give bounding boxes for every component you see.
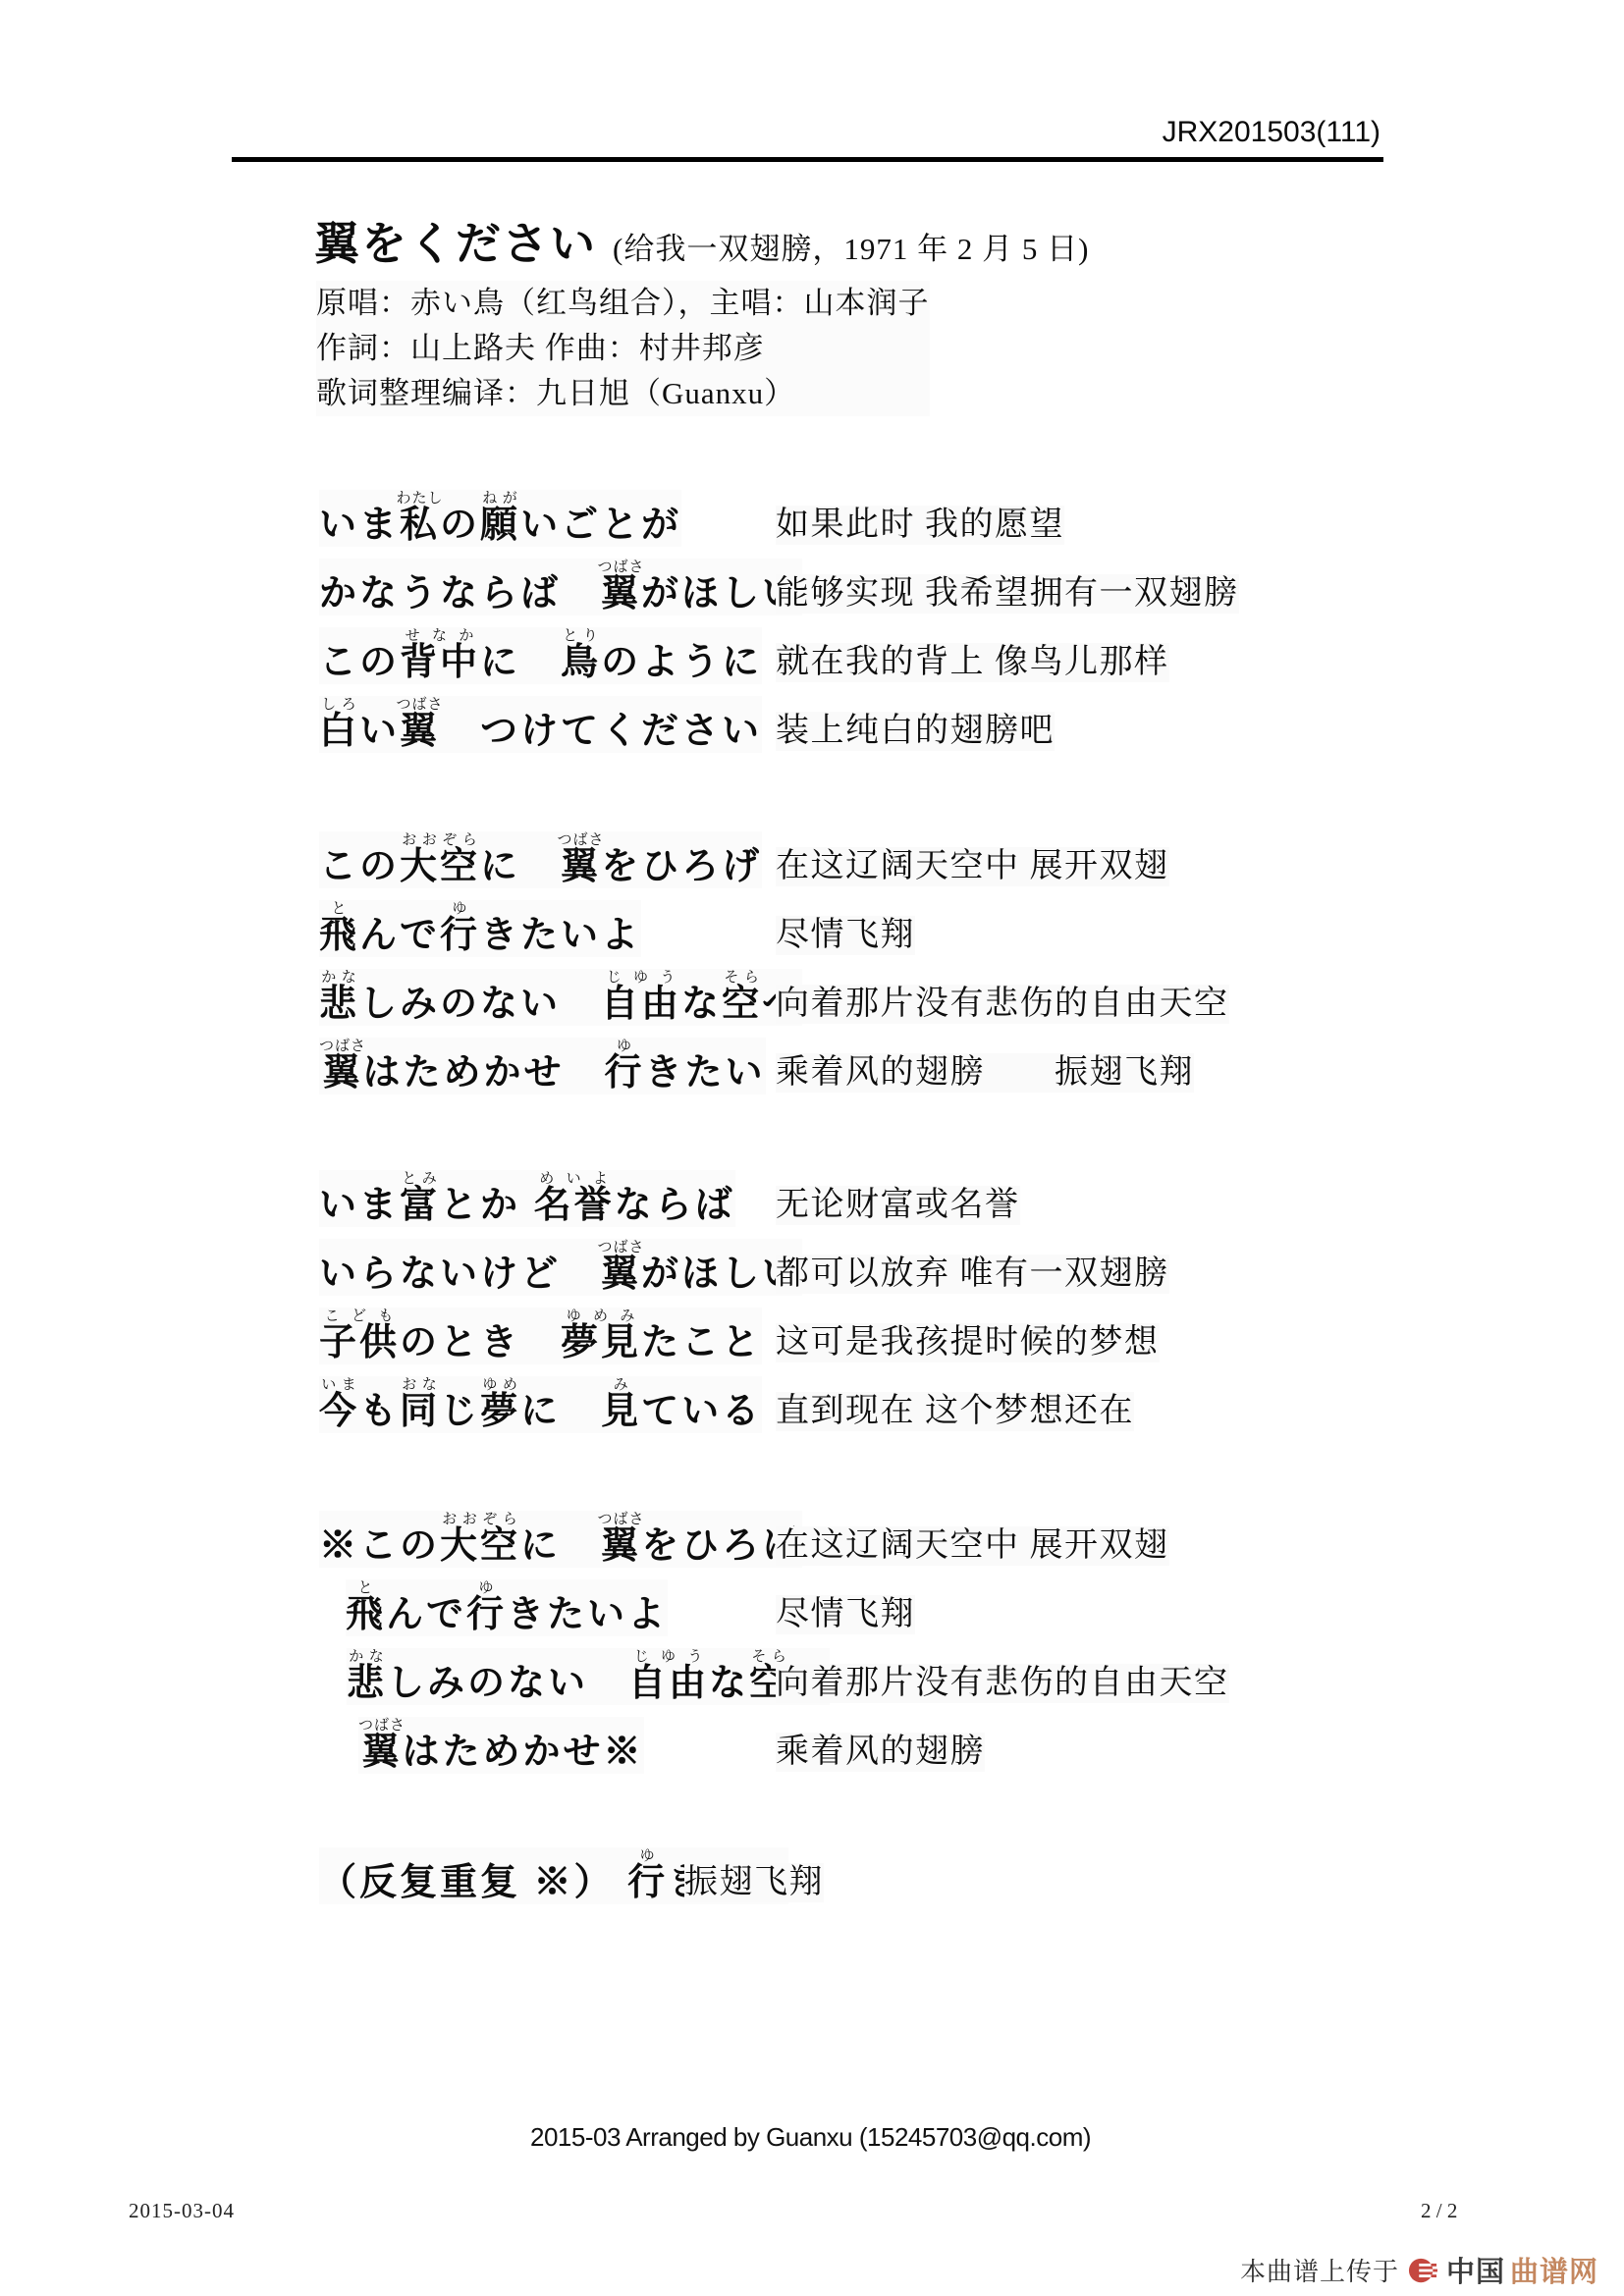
furigana: つばさ — [598, 1239, 645, 1255]
lyric-translation: 都可以放弃 唯有一双翅膀 — [776, 1255, 1169, 1294]
furigana: ゆめ — [480, 1376, 520, 1393]
lyric-translation: 在这辽阔天空中 展开双翅 — [776, 1526, 1169, 1566]
lyric-segment: いごとが — [520, 505, 681, 546]
lyric-japanese: 悲かなしみのない 自由じゆうな空そらへ — [347, 1648, 830, 1705]
lyric-segment: 大空おおぞら — [400, 846, 480, 887]
furigana: み — [601, 1376, 641, 1393]
lyric-segment: いま — [319, 505, 400, 546]
lyric-translation: 乘着风的翅膀 — [776, 1733, 985, 1772]
lyric-translation: 向着那片没有悲伤的自由天空 — [776, 985, 1229, 1024]
furigana: つばさ — [397, 696, 444, 713]
lyric-segment: も — [359, 1391, 400, 1432]
lyric-segment: 翼つばさ — [319, 1052, 363, 1094]
lyric-segment: に — [520, 1391, 601, 1432]
lyric-translation: 向着那片没有悲伤的自由天空 — [776, 1664, 1229, 1703]
lyric-segment: 夢見ゆめみ — [561, 1322, 641, 1363]
lyric-segment: じ — [440, 1391, 480, 1432]
furigana: ゆめみ — [561, 1308, 641, 1324]
lyric-row: いま私わたしの願ねがいごとが如果此时 我的愿望 — [0, 490, 1624, 559]
lyric-segment: 翼つばさ — [601, 1525, 641, 1567]
lyric-row: 悲かなしみのない 自由じゆうな空そらへ向着那片没有悲伤的自由天空 — [0, 969, 1624, 1038]
lyric-segment: 飛と — [319, 915, 359, 956]
furigana: そら — [749, 1648, 789, 1665]
lyric-row: 翼つばさはためかせ※乘着风的翅膀 — [0, 1717, 1624, 1786]
lyric-japanese: いま富とみとか 名誉めいよならば — [319, 1170, 735, 1227]
furigana: おおぞら — [400, 831, 480, 848]
lyric-translation: 乘着风的翅膀 振翅飞翔 — [776, 1053, 1194, 1093]
lyric-row: 悲かなしみのない 自由じゆうな空そらへ向着那片没有悲伤的自由天空 — [0, 1648, 1624, 1717]
lyric-translation: 如果此时 我的愿望 — [776, 506, 1064, 545]
lyric-segment: な — [709, 1663, 749, 1704]
lyric-segment: かなうならば — [319, 573, 601, 614]
lyric-japanese: この背中せなかに 鳥とりのように — [319, 627, 762, 684]
lyric-segment: 見み — [601, 1391, 641, 1432]
lyric-segment: 行ゆ — [440, 915, 480, 956]
lyric-segment: ※この — [319, 1525, 440, 1567]
lyric-segment: 翼つばさ — [400, 711, 440, 752]
lyric-translation: 在这辽阔天空中 展开双翅 — [776, 847, 1169, 886]
furigana: じゆう — [628, 1648, 709, 1665]
furigana: いま — [319, 1376, 359, 1393]
lyric-segment: 翼つばさ — [358, 1732, 403, 1773]
furigana: ゆ — [605, 1038, 645, 1054]
lyric-translation: 装上纯白的翅膀吧 — [776, 712, 1055, 751]
furigana: つばさ — [358, 1717, 406, 1734]
furigana: と — [319, 900, 359, 917]
lyric-translation: 就在我的背上 像鸟儿那样 — [776, 643, 1169, 682]
lyric-translation: 振翅飞翔 — [684, 1863, 824, 1902]
lyric-segment: に — [480, 846, 561, 887]
lyric-translation: 无论财富或名誉 — [776, 1186, 1020, 1225]
lyric-segment: たこと — [641, 1322, 762, 1363]
lyric-segment: きたいよ — [480, 915, 641, 956]
lyric-row: 白しろい翼つばさ つけてください装上纯白的翅膀吧 — [0, 696, 1624, 765]
lyric-segment: 今いま — [319, 1391, 359, 1432]
furigana: とり — [561, 627, 601, 644]
lyric-japanese: いま私わたしの願ねがいごとが — [319, 490, 681, 547]
lyric-japanese: 翼つばさはためかせ※ — [358, 1717, 644, 1774]
lyric-row: かなうならば 翼つばさがほしい能够实现 我希望拥有一双翅膀 — [0, 559, 1624, 627]
page-number: 2 / 2 — [1421, 2199, 1457, 2223]
lyric-japanese: いらないけど 翼つばさがほしい — [319, 1239, 802, 1296]
lyric-segment: はためかせ — [363, 1052, 605, 1094]
site-name-qupu: 曲谱网 — [1510, 2250, 1598, 2290]
lyric-row: この背中せなかに 鳥とりのように就在我的背上 像鸟儿那样 — [0, 627, 1624, 696]
lyric-row: この大空おおぞらに 翼つばさをひろげ在这辽阔天空中 展开双翅 — [0, 831, 1624, 900]
lyric-segment: 大空おおぞら — [440, 1525, 520, 1567]
lyric-segment: 私わたし — [400, 505, 440, 546]
furigana: つばさ — [598, 559, 645, 575]
lyric-segment: 翼つばさ — [561, 846, 601, 887]
furigana: じゆう — [601, 969, 681, 986]
lyric-japanese: 今いまも同おなじ夢ゆめに 見みている — [319, 1376, 762, 1433]
lyric-segment: 行ゆ — [466, 1594, 507, 1635]
lyric-segment: いらないけど — [319, 1254, 601, 1295]
lyric-japanese: この大空おおぞらに 翼つばさをひろげ — [319, 831, 762, 888]
lyric-segment: きたいよ — [507, 1594, 668, 1635]
lyric-segment: に — [480, 642, 561, 683]
furigana: せなか — [400, 627, 480, 644]
lyric-segment: しみのない — [387, 1663, 628, 1704]
lyric-row: いらないけど 翼つばさがほしい都可以放弃 唯有一双翅膀 — [0, 1239, 1624, 1308]
lyric-japanese: 悲かなしみのない 自由じゆうな空そらへ — [319, 969, 802, 1026]
lyric-segment: 行ゆ — [627, 1862, 668, 1903]
furigana: つばさ — [598, 1511, 645, 1527]
lyric-segment: つけてください — [440, 711, 762, 752]
lyric-segment: 行ゆ — [605, 1052, 645, 1094]
furigana: ねが — [480, 490, 520, 507]
furigana: かな — [319, 969, 359, 986]
lyric-segment: しみのない — [359, 984, 601, 1025]
furigana: ゆ — [466, 1579, 507, 1596]
furigana: わたし — [397, 490, 444, 507]
lyric-row: 飛とんで行ゆきたいよ尽情飞翔 — [0, 1579, 1624, 1648]
lyric-segment: 飛と — [346, 1594, 386, 1635]
furigana: と — [346, 1579, 386, 1596]
furigana: ゆ — [440, 900, 480, 917]
site-logo-icon — [1408, 2256, 1437, 2285]
lyric-translation: 能够实现 我希望拥有一双翅膀 — [776, 574, 1239, 614]
lyric-segment: 夢ゆめ — [480, 1391, 520, 1432]
lyric-segment: のとき — [400, 1322, 561, 1363]
lyric-japanese: 子供こどものとき 夢見ゆめみたこと — [319, 1308, 762, 1364]
lyric-segment: はためかせ※ — [403, 1732, 644, 1773]
furigana: ゆ — [627, 1847, 668, 1864]
lyric-translation: 这可是我孩提时候的梦想 — [776, 1323, 1160, 1362]
lyric-segment: 背中せなか — [400, 642, 480, 683]
lyric-segment: とか — [440, 1185, 534, 1226]
lyric-segment: この — [319, 642, 400, 683]
lyric-japanese: 飛とんで行ゆきたいよ — [319, 900, 641, 957]
furigana: しろ — [319, 696, 359, 713]
lyric-segment: この — [319, 846, 400, 887]
lyric-row: ※この大空おおぞらに 翼つばさをひろげ在这辽阔天空中 展开双翅 — [0, 1511, 1624, 1579]
lyric-row: 子供こどものとき 夢見ゆめみたこと这可是我孩提时候的梦想 — [0, 1308, 1624, 1376]
lyric-segment: ならば — [615, 1185, 735, 1226]
furigana: こども — [319, 1308, 400, 1324]
lyric-segment: 同おな — [400, 1391, 440, 1432]
lyric-segment: 自由じゆう — [628, 1663, 709, 1704]
site-name-cn: 中国 — [1446, 2250, 1505, 2290]
lyric-segment: ている — [641, 1391, 762, 1432]
lyric-row: （反复重复 ※） 行ゆきたい振翅飞翔 — [0, 1847, 1624, 1916]
lyric-segment: 願ねが — [480, 505, 520, 546]
lyric-segment: きたい — [645, 1052, 766, 1094]
lyric-segment: んで — [386, 1594, 466, 1635]
lyric-japanese: 飛とんで行ゆきたいよ — [346, 1579, 668, 1636]
lyric-segment: （反复重复 ※） — [319, 1862, 627, 1903]
lyric-japanese: かなうならば 翼つばさがほしい — [319, 559, 802, 615]
lyric-segment: な — [681, 984, 722, 1025]
lyric-segment: の — [440, 505, 480, 546]
furigana: かな — [347, 1648, 387, 1665]
lyric-segment: 名誉めいよ — [534, 1185, 615, 1226]
furigana: おな — [400, 1376, 440, 1393]
lyric-segment: い — [359, 711, 400, 752]
furigana: つばさ — [558, 831, 605, 848]
lyric-segment: んで — [359, 915, 440, 956]
lyric-segment: 自由じゆう — [601, 984, 681, 1025]
lyric-segment: 子供こども — [319, 1322, 400, 1363]
lyrics: いま私わたしの願ねがいごとが如果此时 我的愿望かなうならば 翼つばさがほしい能够… — [0, 0, 1624, 2296]
lyric-segment: のように — [601, 642, 762, 683]
lyric-translation: 直到现在 这个梦想还在 — [776, 1392, 1134, 1431]
lyric-segment: に — [520, 1525, 601, 1567]
lyric-segment: 悲かな — [347, 1663, 387, 1704]
lyric-japanese: 翼つばさはためかせ 行ゆきたい — [319, 1038, 766, 1095]
lyric-row: 翼つばさはためかせ 行ゆきたい乘着风的翅膀 振翅飞翔 — [0, 1038, 1624, 1106]
lyric-translation: 尽情飞翔 — [776, 1595, 915, 1634]
lyric-segment: 悲かな — [319, 984, 359, 1025]
lyric-segment: いま — [319, 1185, 400, 1226]
furigana: つばさ — [319, 1038, 366, 1054]
footer-date: 2015-03-04 — [129, 2199, 235, 2223]
lyric-row: 飛とんで行ゆきたいよ尽情飞翔 — [0, 900, 1624, 969]
lyric-segment: 鳥とり — [561, 642, 601, 683]
lyric-segment: 空そら — [722, 984, 762, 1025]
upload-note: 本曲谱上传于 — [1240, 2252, 1399, 2288]
furigana: とみ — [400, 1170, 440, 1187]
lyric-segment: をひろげ — [601, 846, 762, 887]
lyric-japanese: 白しろい翼つばさ つけてください — [319, 696, 762, 753]
lyrics-sheet-page: JRX201503(111) 翼をください(给我一双翅膀，1971 年 2 月 … — [0, 0, 1624, 2296]
furigana: めいよ — [534, 1170, 615, 1187]
lyric-segment: 翼つばさ — [601, 573, 641, 614]
arranger-note: 2015-03 Arranged by Guanxu (15245703@qq.… — [530, 2122, 1091, 2153]
lyric-row: いま富とみとか 名誉めいよならば无论财富或名誉 — [0, 1170, 1624, 1239]
furigana: おおぞら — [440, 1511, 520, 1527]
lyric-translation: 尽情飞翔 — [776, 916, 915, 955]
lyric-japanese: ※この大空おおぞらに 翼つばさをひろげ — [319, 1511, 802, 1568]
furigana: そら — [722, 969, 762, 986]
lyric-row: 今いまも同おなじ夢ゆめに 見みている直到现在 这个梦想还在 — [0, 1376, 1624, 1445]
site-credit: 本曲谱上传于 中国 曲谱网 — [1240, 2250, 1598, 2290]
lyric-segment: 翼つばさ — [601, 1254, 641, 1295]
lyric-segment: 富とみ — [400, 1185, 440, 1226]
lyric-segment: 白しろ — [319, 711, 359, 752]
